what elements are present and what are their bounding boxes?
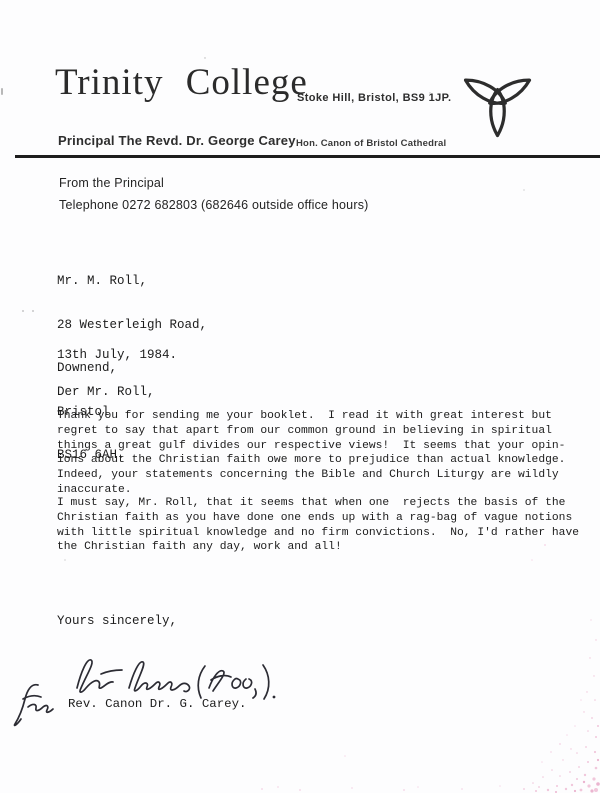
college-address: Stoke Hill, Bristol, BS9 1JP. [297, 92, 451, 104]
trinity-knot-icon [450, 50, 545, 140]
canon-title-line: Hon. Canon of Bristol Cathedral [296, 138, 446, 149]
body-paragraph: I must say, Mr. Roll, that it seems that… [57, 496, 579, 555]
letter-page: Trinity College Stoke Hill, Bristol, BS9… [0, 0, 600, 793]
from-line: From the Principal [59, 176, 164, 190]
college-name: Trinity College [55, 60, 308, 105]
body-paragraph: Thank you for sending me your booklet. I… [57, 409, 565, 498]
salutation: Der Mr. Roll, [57, 385, 155, 399]
signed-name: Rev. Canon Dr. G. Carey. [68, 697, 246, 711]
recipient-line: Mr. M. Roll, [57, 274, 207, 289]
letterhead-divider [15, 155, 600, 158]
date-line: 13th July, 1984. [57, 348, 177, 362]
per-pro-annotation [8, 681, 58, 729]
recipient-line: Downend, [57, 361, 207, 376]
closing-line: Yours sincerely, [57, 614, 177, 628]
recipient-line: 28 Westerleigh Road, [57, 318, 207, 333]
principal-title-line: Principal The Revd. Dr. George Carey [58, 133, 296, 148]
telephone-line: Telephone 0272 682803 (682646 outside of… [59, 198, 369, 212]
